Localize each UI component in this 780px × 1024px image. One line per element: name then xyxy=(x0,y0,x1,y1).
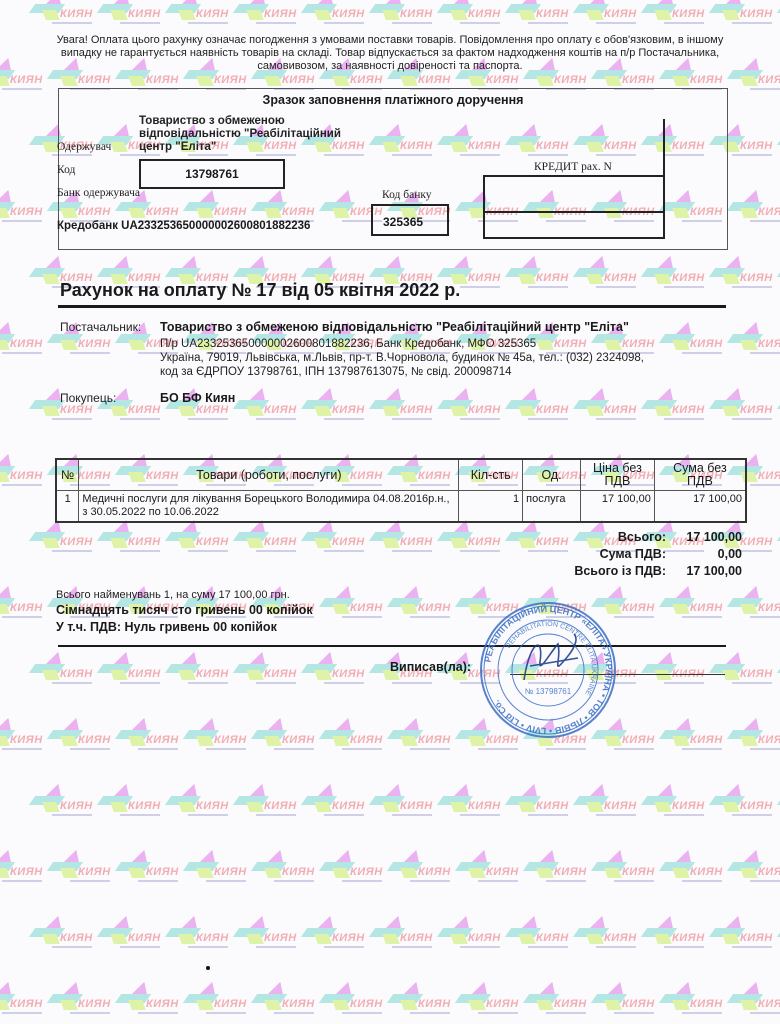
table-row: 1 Медичні послуги для лікування Борецько… xyxy=(56,491,746,523)
speck xyxy=(206,966,210,970)
col-header-number: № xyxy=(56,459,79,491)
signature-divider xyxy=(58,645,726,647)
credit-account-label: КРЕДИТ рах. N xyxy=(534,161,612,173)
vat-value: 0,00 xyxy=(642,547,742,561)
credit-account-box xyxy=(483,175,665,239)
table-header-row: № Товари (роботи, послуги) Кіл-сть Од. Ц… xyxy=(56,459,746,491)
amount-in-words: Сімнадцять тисяч сто гривень 00 копійок xyxy=(56,603,313,617)
total-label: Всього: xyxy=(466,530,666,544)
svg-text:№ 13798761: № 13798761 xyxy=(525,687,572,696)
recipient-name-line: центр "Еліта" xyxy=(139,141,354,154)
notice-line: самовивозом, за наявності довіреності та… xyxy=(40,60,740,73)
row-goods-name: Медичні послуги для лікування Борецького… xyxy=(79,491,459,523)
row-quantity: 1 xyxy=(459,491,523,523)
col-header-price: Ціна без ПДВ xyxy=(581,459,655,491)
issued-by-label: Виписав(ла): xyxy=(390,660,471,674)
col-header-quantity: Кіл-сть xyxy=(459,459,523,491)
payment-order-sample: Зразок заповнення платіжного доручення Т… xyxy=(58,88,728,250)
bank-value: Кредобанк UA233253650000002600801882236 xyxy=(57,220,310,232)
col-header-goods: Товари (роботи, послуги) xyxy=(79,459,459,491)
recipient-name-line: відповідальністю "Реабілітаційний xyxy=(139,128,354,141)
bank-label: Банк одержувача xyxy=(57,187,140,199)
row-price: 17 100,00 xyxy=(581,491,655,523)
buyer-label: Покупець: xyxy=(60,391,116,405)
code-label: Код xyxy=(57,164,75,176)
vat-label: Сума ПДВ: xyxy=(466,547,666,561)
divider xyxy=(485,211,663,213)
recipient-name: Товариство з обмеженою відповідальністю … xyxy=(139,115,354,154)
notice-line: випадку не гарантується наявність товарі… xyxy=(40,47,740,60)
supplier-address: Україна, 79019, Львівська, м.Львів, пр-т… xyxy=(160,351,644,365)
col-header-sum: Сума без ПДВ xyxy=(654,459,746,491)
divider xyxy=(663,119,665,176)
row-number: 1 xyxy=(56,491,79,523)
total-with-vat-label: Всього із ПДВ: xyxy=(466,564,666,578)
title-divider xyxy=(58,305,726,308)
row-sum: 17 100,00 xyxy=(654,491,746,523)
supplier-codes: код за ЄДРПОУ 13798761, ІПН 137987613075… xyxy=(160,365,512,379)
payment-notice: Увага! Оплата цього рахунку означає пого… xyxy=(40,34,740,73)
items-count-summary: Всього найменувань 1, на суму 17 100,00 … xyxy=(56,589,290,601)
buyer-name: БО БФ Киян xyxy=(160,391,235,405)
company-stamp-icon: РЕАБІЛІТАЦІЙНИЙ ЦЕНТР «ЕЛІТА» УКРАЇНА • … xyxy=(478,600,618,740)
bank-code-label: Код банку xyxy=(382,189,432,201)
vat-in-words: У т.ч. ПДВ: Нуль гривень 00 копійок xyxy=(56,620,277,634)
supplier-bank-details: П/р UA233253650000002600801882236, Банк … xyxy=(160,337,536,351)
col-header-unit: Од. xyxy=(523,459,581,491)
notice-line: Увага! Оплата цього рахунку означає пого… xyxy=(40,34,740,47)
code-value: 13798761 xyxy=(139,159,285,189)
total-value: 17 100,00 xyxy=(642,530,742,544)
recipient-label: Одержувач xyxy=(57,141,111,153)
total-with-vat-value: 17 100,00 xyxy=(642,564,742,578)
row-unit: послуга xyxy=(523,491,581,523)
invoice-title: Рахунок на оплату № 17 від 05 квітня 202… xyxy=(60,280,460,301)
invoice-document: Увага! Оплата цього рахунку означає пого… xyxy=(0,0,780,1024)
payment-sample-title: Зразок заповнення платіжного доручення xyxy=(59,93,727,107)
bank-code-value: 325365 xyxy=(371,204,449,236)
supplier-label: Постачальник: xyxy=(60,320,141,334)
items-table: № Товари (роботи, послуги) Кіл-сть Од. Ц… xyxy=(55,458,747,523)
svg-text:REHABILITATION CENTRE ELITA UK: REHABILITATION CENTRE ELITA UKRAINE xyxy=(505,621,597,697)
recipient-name-line: Товариство з обмеженою xyxy=(139,115,354,128)
supplier-name: Товариство з обмеженою відповідальністю … xyxy=(160,320,629,334)
